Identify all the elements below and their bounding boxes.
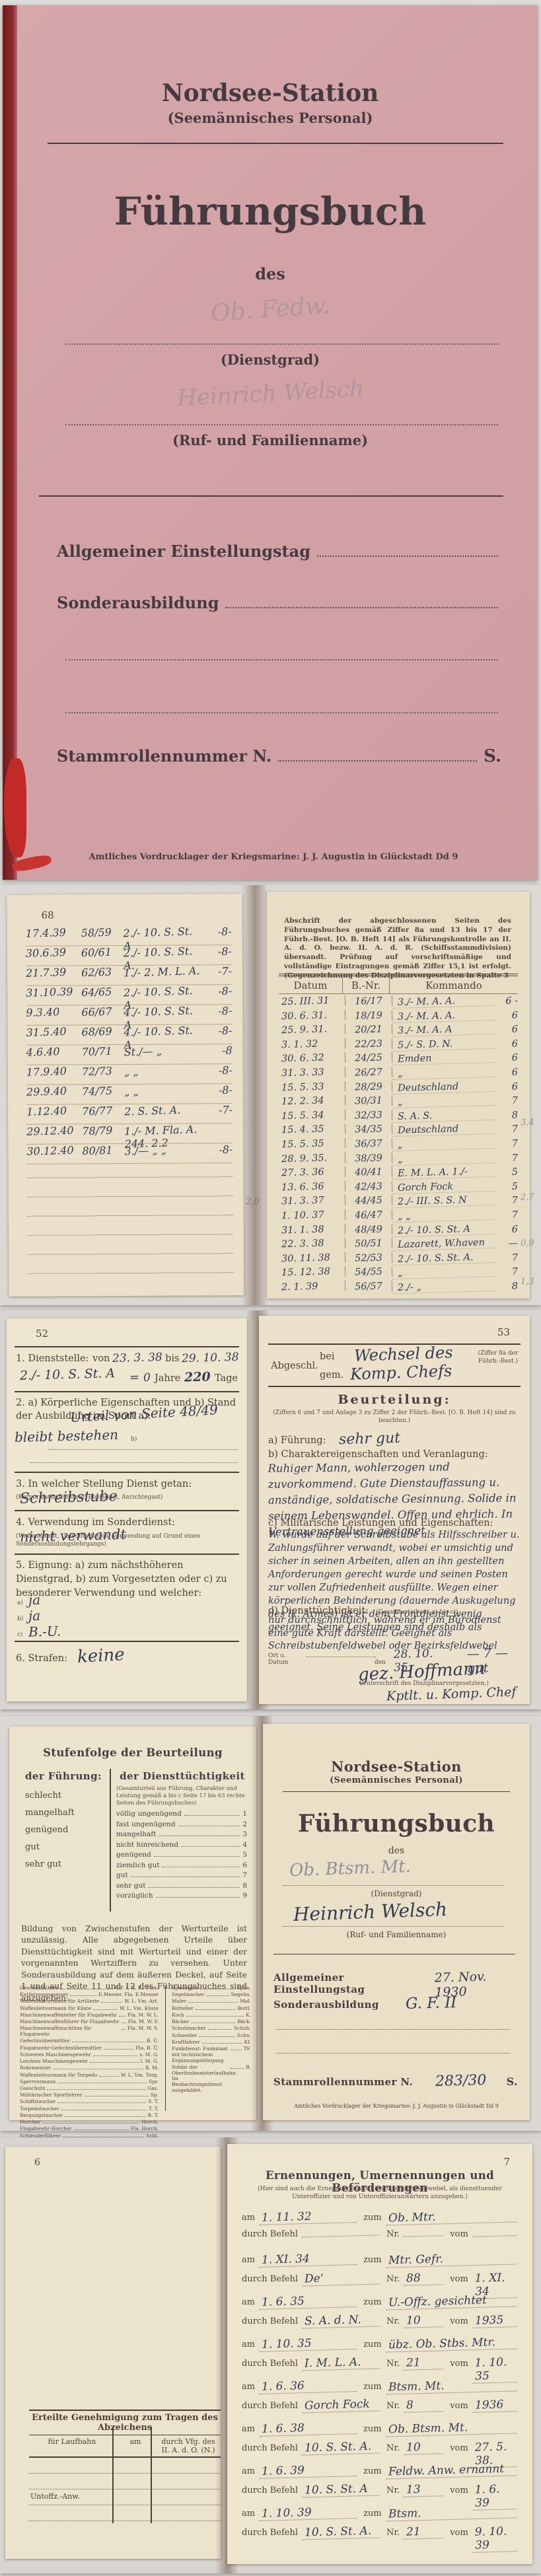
- log-grade: 6: [495, 1053, 518, 1064]
- dienst-note: (Gesamturteil aus Führung, Charakter und…: [116, 1785, 248, 1807]
- dienst-item-number: 5: [242, 1851, 247, 1859]
- abbreviation-short: B.: [246, 2065, 251, 2071]
- log-kommando: 1./- 2. M. L. A.: [124, 964, 202, 980]
- abbreviation-term: Gasschutz: [20, 2086, 45, 2092]
- dienst-item: genügend 5: [116, 1851, 247, 1861]
- log-row: 13. 6. 36 42/43 Gorch Fock 5: [279, 1182, 518, 1196]
- log-date: 9.3.40: [26, 1005, 82, 1019]
- abbreviation-term: Soldat der Oberfunkmeisterlaufbahn. Im B…: [172, 2065, 229, 2094]
- log-date: 31. 3. 33: [279, 1067, 345, 1079]
- log-bnr: 28/29: [345, 1081, 392, 1093]
- abbreviation-entry: Waffenleitvormann für Artillerie W. L. V…: [20, 1999, 159, 2005]
- log-row: 30.6.39 60/61 2./- 10. S. St. A. -8-: [26, 945, 232, 966]
- am-label: am: [242, 2382, 255, 2392]
- abbreviation-term: Schiffstaucher: [20, 2099, 55, 2105]
- dot-leader: [162, 1867, 240, 1867]
- badge-col-am: am: [115, 2435, 156, 2456]
- tage-value: 220: [184, 1369, 211, 1384]
- log-grade: 6: [495, 1038, 518, 1050]
- am-label: am: [242, 2466, 255, 2476]
- zum-value: U.-Offz. gesichtet: [385, 2293, 517, 2310]
- log-date: 1.12.40: [26, 1104, 83, 1118]
- log-grade: -8-: [201, 1005, 233, 1018]
- log-kommando: „: [392, 1066, 495, 1080]
- abbreviation-term: Waffenleitvormann für Torpedo: [20, 2073, 97, 2079]
- des-label: des: [29, 264, 511, 283]
- log-date: 2. 1. 39: [279, 1281, 345, 1293]
- log-row: 15. 5. 33 28/29 Deutschland 6: [279, 1082, 518, 1096]
- red-wax-mark: [4, 758, 26, 857]
- abbreviation-entry: Bottelier Bottl.: [172, 2006, 251, 2012]
- dot-leader: [200, 1989, 235, 1989]
- log-row: 1. 10. 37 46/47 „ „ 7: [279, 1210, 518, 1225]
- abbreviations-left: Geschützführer G.F. I, II, K., Flak. Ent…: [20, 1986, 159, 2140]
- dienst-item: völlig ungenügend 1: [116, 1810, 247, 1820]
- abbreviation-term: Bäcker: [172, 2019, 189, 2025]
- dot-leader: [85, 2096, 149, 2096]
- durch-befehl-label: durch Befehl: [242, 2528, 298, 2538]
- log-bnr: 18/19: [345, 1010, 392, 1022]
- promotion-entry: am 1. 6. 39 zum Feldw. Anw. ernannt durc…: [242, 2464, 517, 2506]
- nr-label: Nr.: [386, 2359, 400, 2369]
- log-kommando: „ „: [392, 1209, 495, 1223]
- dienst-item: vorzüglich 9: [116, 1892, 247, 1902]
- abbreviation-short: W. L. Vm. Art.: [124, 1999, 159, 2005]
- page-number: 52: [36, 1328, 48, 1340]
- stufenfolge-title: Stufenfolge der Beurteilung: [9, 1746, 256, 1759]
- log-date: 22. 3. 38: [279, 1238, 345, 1250]
- control-header-text: Abschrift der abgeschlossenen Seiten des…: [284, 917, 511, 980]
- stammrollennummer-label: Stammrollennummer N.: [57, 746, 271, 766]
- abbreviation-term: Maschinenwaffenschütze für Flugabwehr: [20, 2026, 120, 2037]
- divider-rule: [39, 495, 503, 497]
- nr-label: Nr.: [386, 2274, 400, 2284]
- dienst-item-number: 8: [242, 1882, 247, 1890]
- log-bnr: 34/35: [345, 1124, 392, 1135]
- dotted-line: [65, 424, 498, 425]
- befehl-value: I. M. L. A.: [302, 2355, 380, 2371]
- zum-label: zum: [363, 2213, 382, 2223]
- signature-rank: Kptlt. u. Komp. Chef: [386, 1685, 517, 1704]
- dot-leader: [47, 2089, 145, 2090]
- zum-value: übz. Ob. Stbs. Mtr.: [385, 2335, 517, 2352]
- durch-befehl-label: durch Befehl: [242, 2316, 298, 2326]
- abbreviation-term: Schneider: [172, 2033, 197, 2039]
- log-date: 15. 12. 38: [279, 1266, 345, 1279]
- abbreviation-term: Militärischer Sportlehrer: [20, 2093, 83, 2098]
- ort-datum-label: Ort u. Datum: [268, 1653, 306, 1666]
- log-grade: -8-: [202, 1084, 233, 1097]
- log-kommando: 3./- M. A. A: [392, 1023, 495, 1037]
- abbreviation-term: Maler: [172, 1999, 186, 2005]
- fuehrung-value: sehr gut: [338, 1430, 400, 1448]
- am-value: 1. XI. 34: [259, 2251, 357, 2268]
- dot-leader: [231, 2050, 241, 2050]
- log-grade: -8-: [201, 985, 233, 998]
- tage-label: Tage: [215, 1373, 238, 1384]
- abbreviation-term: Spielmann: [172, 1986, 198, 1991]
- dotted-line: [283, 1885, 503, 1886]
- fuehrung-column-header: der Führung:: [25, 1770, 102, 1782]
- abbreviation-short: Kf.: [244, 2040, 251, 2046]
- befehl-value: 10. S. St. A.: [302, 2439, 380, 2455]
- abbreviation-short: Fla. Horch.: [131, 2126, 159, 2132]
- log-row: 4.6.40 70/71 St./— „ -8: [26, 1044, 233, 1065]
- log-grade: 7: [495, 1267, 518, 1278]
- log-date: 15. 5. 35: [279, 1138, 345, 1151]
- badge-table-row: [29, 2458, 221, 2474]
- promotion-entry: am 1. 10. 35 zum übz. Ob. Stbs. Mtr. dur…: [242, 2337, 517, 2379]
- befehl-value: 10. S. St. A: [302, 2482, 380, 2497]
- double-rule: [279, 974, 518, 976]
- am-value: 1. 6. 38: [259, 2420, 357, 2437]
- dot-leader: [202, 2043, 242, 2044]
- book-title: Führungsbuch: [29, 189, 511, 234]
- promotion-spread-photo: 6 Erteilte Genehmigung zum Tragen des Ab…: [0, 2137, 541, 2573]
- abbreviation-entry: Maschinenwaffenführer für Flugabwehr Fla…: [20, 2019, 159, 2025]
- dotted-line: [276, 2053, 510, 2054]
- abbreviation-short: R. M.: [145, 2065, 159, 2071]
- page-number: 6: [34, 2157, 40, 2168]
- dot-leader: [188, 2002, 238, 2003]
- nr-value: 21: [404, 2355, 444, 2371]
- abbreviation-entry: Soldat der Oberfunkmeisterlaufbahn. Im B…: [172, 2065, 251, 2094]
- durch-befehl-label: durch Befehl: [242, 2486, 298, 2495]
- beurteilung-note: (Ziffern 6 und 7 und Anlage 3 zu Ziffer …: [272, 1410, 517, 1425]
- log-bnr: 78/79: [82, 1124, 125, 1137]
- page-52: 52 1. Dienststelle: von 23. 3. 38 bis 29…: [7, 1318, 247, 1701]
- abbreviation-term: Torpedotaucher: [20, 2106, 59, 2112]
- divider-rule: [283, 1791, 510, 1792]
- dienststelle-value: 2./- 10. S. St. A: [20, 1366, 116, 1383]
- log-grade: 7: [495, 1096, 518, 1107]
- von-label: von: [92, 1353, 110, 1364]
- abbreviation-entry: Flugabwehr-Horcher Fla. Horch.: [20, 2126, 159, 2132]
- am-label: am: [242, 2509, 255, 2519]
- log-grade: 7: [495, 1153, 518, 1164]
- abbreviation-term: Rohrmeister: [20, 2065, 51, 2071]
- log-row: 28. 9. 35. 38/39 „ 7: [279, 1153, 518, 1168]
- log-row: 17.4.39 58/59 2./- 10. S. St. A -8-: [26, 925, 232, 947]
- log-row: 31. 3. 33 26/27 „ 6: [279, 1067, 518, 1082]
- fuehrung-items: schlechtmangelhaftgenügendgutsehr gut: [25, 1787, 75, 1873]
- durch-befehl-label: durch Befehl: [242, 2274, 298, 2284]
- eignung-c-value: B.-U.: [28, 1623, 61, 1639]
- binding-gutter: [242, 885, 268, 1305]
- abbreviation-entry: Maler Mal.: [172, 1999, 251, 2005]
- log-grade: 8: [495, 1110, 518, 1121]
- zum-value: Mtr. Gefr.: [385, 2250, 517, 2268]
- log-row: 2. 1. 39 56/57 2./- „ 8: [279, 1281, 518, 1296]
- log-date: 30. 6. 31.: [279, 1009, 345, 1022]
- log-date: 4.6.40: [26, 1044, 82, 1059]
- log-kommando: S. A. S.: [392, 1109, 495, 1123]
- station-title: Nordsee-Station: [263, 1758, 530, 1775]
- zum-value: Ob. Btsm. Mt.: [385, 2419, 517, 2437]
- befehl-value: S. A. d. N.: [302, 2312, 380, 2328]
- nr-value: 10: [404, 2313, 444, 2328]
- col-header-datum: Datum: [279, 978, 343, 993]
- strafen-value: keine: [77, 1645, 125, 1667]
- dienst-item-label: gut: [116, 1871, 128, 1879]
- nr-value: [404, 2235, 443, 2237]
- dot-leader: [72, 2042, 145, 2042]
- abbreviation-term: Gefechtsübermittler: [20, 2038, 70, 2044]
- abbreviation-short: Horch.: [141, 2120, 159, 2126]
- am-value: 1. 6. 35: [259, 2293, 357, 2310]
- abbreviation-term: Waffenleitvormann für Artillerie: [20, 1999, 99, 2005]
- page-53: 53 Abgeschl. bei Wechsel des gem. Komp. …: [259, 1316, 530, 1704]
- log-bnr: 74/75: [82, 1084, 125, 1098]
- dot-leader: [70, 1995, 96, 1996]
- abbreviation-entry: Geschützführer G.F. I, II, K., Flak.: [20, 1986, 159, 1991]
- badge-row-label: Untoffz.-Anw.: [30, 2492, 80, 2501]
- badge-table-row: [29, 2474, 221, 2489]
- dot-leader: [57, 2102, 146, 2103]
- log-grade: 7: [495, 1124, 518, 1135]
- log-row: 25. 9. 31. 20/21 3./- M. A. A 6: [279, 1024, 518, 1039]
- log-bnr: 16/17: [345, 995, 392, 1007]
- abbreviation-term: Entfernungsmesser: [20, 1992, 68, 1998]
- column-divider: [110, 1769, 111, 1912]
- abbreviation-short: Sp.: [151, 2093, 159, 2098]
- abbreviation-entry: Maschinenwaffenleiter für Flugabwehr Fla…: [20, 2013, 159, 2019]
- vom-label: vom: [450, 2316, 468, 2326]
- log-row: 30. 6. 32 24/25 Emden 6: [279, 1053, 518, 1067]
- abbreviation-entry: Spielmann Splm.: [172, 1986, 251, 1991]
- charakter-label: b) Charaktereigenschaften und Veranlagun…: [268, 1449, 488, 1460]
- befehl-value: Gorch Fock: [302, 2397, 380, 2413]
- dot-leader: [101, 2002, 122, 2003]
- log-grade: 7: [495, 1209, 518, 1221]
- log-grade: 7: [495, 1138, 518, 1149]
- dienst-item-number: 2: [242, 1820, 247, 1828]
- dot-leader: [65, 2116, 146, 2117]
- abbreviation-entry: Flugabwehr-Gefechtsübermittler Fla. B. Ü…: [20, 2046, 159, 2052]
- eigenschaften-value2: bleibt bestehen: [15, 1427, 119, 1445]
- vom-value: 9. 10. 39: [472, 2524, 517, 2553]
- promotion-entry: am 1. XI. 34 zum Mtr. Gefr. durch Befehl…: [242, 2252, 517, 2295]
- log-bnr: 52/53: [345, 1252, 392, 1264]
- fuehrung-item: schlecht: [25, 1787, 75, 1805]
- abbreviation-term: Funkdienst: Funkmaat mit technischem Erg…: [172, 2046, 229, 2063]
- log-kommando: „: [392, 1094, 495, 1108]
- table-vertical-separator: [112, 2427, 114, 2523]
- log-date: 30.6.39: [26, 945, 82, 960]
- log-bnr: 80/81: [82, 1143, 125, 1157]
- log-bnr: 56/57: [345, 1281, 392, 1293]
- abbreviation-short: G.F. I, II, K., Flak.: [115, 1986, 159, 1991]
- durch-befehl-label: durch Befehl: [242, 2229, 298, 2239]
- abbreviation-entry: Schuhmacher Schuh.: [172, 2026, 251, 2032]
- jahre-value: 0: [143, 1371, 151, 1384]
- sonderausbildung-value: G. F. II: [406, 1994, 457, 2013]
- log-control-page: Abschrift der abgeschlossenen Seiten des…: [267, 892, 530, 1299]
- abbreviation-entry: Rohrmeister R. M.: [20, 2065, 159, 2071]
- page-number: 7: [503, 2156, 510, 2168]
- stammrollennummer-suffix: S.: [507, 2075, 518, 2088]
- log-kommando: 5./- S. D. N.: [392, 1038, 495, 1052]
- abbreviation-short: s. M. G.: [139, 2052, 159, 2058]
- abbreviation-term: Schweres Maschinengewehr: [20, 2052, 91, 2058]
- abbreviation-short: E.Messer, Fla. E.Messer: [98, 1992, 159, 1998]
- log-row: 31.10.39 64/65 2./- 10. S. St. A. -8-: [26, 985, 232, 1006]
- dienst-item-number: 7: [242, 1871, 247, 1879]
- promotion-entry: am 1. 6. 35 zum U.-Offz. gesichtet durch…: [242, 2295, 517, 2337]
- einstellungstag-label: Allgemeiner Einstellungstag: [273, 1972, 425, 1995]
- log-row: 31.5.40 68/69 4./- 10. S. St. A -8-: [26, 1024, 232, 1046]
- badge-col-vfg: durch Vfg. des II. A. d. O. (N.): [156, 2435, 221, 2456]
- des-label: des: [263, 1845, 530, 1856]
- dot-leader: [186, 2016, 244, 2017]
- log-bnr: 38/39: [345, 1153, 392, 1164]
- dienst-item-number: 4: [242, 1841, 247, 1849]
- dot-leader: [60, 1989, 113, 1989]
- log-date: 29.9.40: [26, 1084, 83, 1098]
- eignung-a-value: ja: [28, 1592, 41, 1608]
- log-row: 31. 3. 37 44/45 2./- III. S. S. N 7: [279, 1196, 518, 1210]
- log-kommando: Gorch Fock: [392, 1180, 495, 1194]
- log-kommando: Deutschland: [392, 1081, 495, 1094]
- dienst-item: gut 7: [116, 1871, 247, 1882]
- scanned-document-stack: Nordsee-Station (Seemännisches Personal)…: [0, 0, 541, 2576]
- log-grade: 6: [495, 1067, 518, 1079]
- abbreviation-short: Schuh.: [234, 2026, 251, 2032]
- log-row: 15. 5. 35 36/37 „ 7: [279, 1139, 518, 1153]
- dotted-fill: [317, 555, 498, 557]
- promotion-entry: am 1. 6. 36 zum Btsm. Mt. durch Befehl G…: [242, 2379, 517, 2421]
- badge-table-row: Untoffz.-Anw.: [29, 2489, 221, 2505]
- abbreviation-entry: Bergungstaucher B. T.: [20, 2113, 159, 2119]
- abbreviation-short: B. Ü.: [147, 2038, 159, 2044]
- page-7: 7 Ernennungen, Umernennungen und Beförde…: [227, 2144, 532, 2564]
- abbreviation-entry: Gefechtsübermittler B. Ü.: [20, 2038, 159, 2044]
- pencil-margin-note: 3,4: [521, 1118, 540, 1128]
- pencil-margin-note: 2,7: [521, 1192, 540, 1203]
- fuehrung-item: genügend: [25, 1822, 75, 1839]
- col-header-bnr: B.-Nr.: [343, 978, 390, 993]
- am-value: 1. 10. 35: [259, 2336, 357, 2352]
- promotions-note: (Hier sind auch die Ernennungen als dien…: [243, 2185, 517, 2201]
- log-kommando: 3./- M. A. A.: [392, 995, 495, 1009]
- station-title: Nordsee-Station: [29, 79, 511, 107]
- abbreviation-short: Mal.: [240, 1999, 251, 2005]
- log-date: 31.10.39: [26, 985, 82, 999]
- dienststelle-label: 1. Dienststelle:: [16, 1353, 89, 1364]
- abbreviation-short: Bottl.: [237, 2006, 251, 2012]
- abbreviation-term: Bergungstaucher: [20, 2113, 63, 2119]
- abbreviation-entry: Segelmacher Segelm.: [172, 1992, 251, 1998]
- log-date: 30.12.40: [26, 1143, 83, 1158]
- log-grade: 8: [495, 1281, 518, 1292]
- log-bnr: 50/51: [345, 1238, 392, 1250]
- promotion-entries: am 1. 11. 32 zum Ob. Mtr. durch Befehl N…: [242, 2210, 517, 2548]
- am-value: 1. 6. 39: [259, 2462, 357, 2479]
- log-date: 21.7.39: [26, 965, 82, 980]
- pencil-margin-note: 0,9: [521, 1238, 540, 1249]
- am-value: 1. 6. 36: [259, 2378, 357, 2394]
- dot-leader: [93, 2056, 138, 2056]
- abbreviation-short: Fla. M. W. L.: [127, 2013, 159, 2019]
- log-date: 17.9.40: [26, 1064, 83, 1079]
- eignung-b-label: b): [17, 1616, 23, 1622]
- dot-leader: [74, 2129, 129, 2130]
- log-grade: -8-: [201, 945, 233, 958]
- vom-label: vom: [450, 2229, 468, 2239]
- book-title: Führungsbuch: [263, 1810, 530, 1838]
- nr-label: Nr.: [386, 2229, 400, 2239]
- log-row: 30. 6. 31. 18/19 3./- M. A. A. 6: [279, 1011, 518, 1025]
- bis-label: bis: [165, 1353, 179, 1364]
- vom-label: vom: [450, 2274, 468, 2284]
- dienst-item-label: fast ungenügend: [116, 1820, 176, 1828]
- log-row: 1.12.40 76/77 2. S. St. A. -7-: [26, 1104, 233, 1125]
- name-label: (Ruf- und Familienname): [29, 432, 511, 448]
- dienst-item-number: 1: [242, 1810, 247, 1818]
- rule: [15, 1641, 239, 1642]
- inner-title-page: Nordsee-Station (Seemännisches Personal)…: [263, 1724, 530, 2120]
- log-grade: 6: [495, 1024, 518, 1036]
- abbreviation-entry: Schneider Schn.: [172, 2033, 251, 2039]
- log-bnr: 44/45: [345, 1195, 392, 1207]
- log-grade: 5: [495, 1167, 518, 1178]
- vom-label: vom: [450, 2528, 468, 2538]
- abbreviation-term: Bottelier: [172, 2006, 194, 2012]
- rule: [15, 1554, 239, 1555]
- abgeschl-label: Abgeschl.: [271, 1361, 318, 1371]
- page-number: 68: [42, 910, 54, 921]
- dienst-item-label: nicht hinreichend: [116, 1841, 178, 1849]
- dotted-line: [65, 343, 498, 345]
- zum-label: zum: [363, 2297, 382, 2307]
- abbreviation-short: Splm.: [236, 1986, 251, 1991]
- log-bnr: 36/37: [345, 1138, 392, 1150]
- beurteilung-title: Beurteilung:: [259, 1392, 530, 1407]
- log-kommando: „: [392, 1151, 495, 1165]
- abbreviation-term: Koch: [172, 2013, 184, 2019]
- log-date: 15. 4. 35: [279, 1124, 345, 1136]
- log-grade: -8-: [202, 1143, 233, 1157]
- nr-label: Nr.: [386, 2528, 400, 2538]
- rule: [15, 1510, 239, 1511]
- badge-table-row: [29, 2505, 221, 2521]
- eignung-a-label: a): [17, 1600, 23, 1606]
- sonderdienst-label: 4. Verwendung im Sonderdienst:: [16, 1517, 175, 1528]
- dot-leader: [199, 2036, 235, 2037]
- page-68: 68 17.4.39 58/59 2./- 10. S. St. A -8- 3…: [7, 894, 244, 1297]
- station-subtitle: (Seemännisches Personal): [263, 1775, 530, 1785]
- zum-value: Feldw. Anw. ernannt: [385, 2462, 517, 2479]
- strafen-label: 6. Strafen:: [16, 1653, 67, 1664]
- log-bnr: 40/41: [345, 1166, 392, 1178]
- abbreviation-short: TF.: [244, 2046, 251, 2052]
- name-handwriting: Heinrich Welsch: [176, 376, 365, 412]
- dotted-line: [30, 1462, 238, 1463]
- log-bnr: 54/55: [345, 1266, 392, 1278]
- log-date: 31. 3. 37: [279, 1195, 345, 1207]
- log-kommando: St./— „: [124, 1044, 202, 1059]
- zum-value: Btsm. Mt.: [385, 2377, 517, 2394]
- abbreviation-term: Schuhmacher: [172, 2026, 206, 2032]
- log-row: 15. 12. 38 54/55 „ 7: [279, 1267, 518, 1281]
- book-spine: [3, 5, 17, 880]
- abbreviation-entry: Waffenleitvormann für Küste W. L. Vm. Kü…: [20, 2006, 159, 2012]
- abbreviation-entry: Kraftfahrer Kf.: [172, 2040, 251, 2046]
- log-row: 15. 4. 35 34/35 Deutschland 7: [279, 1124, 518, 1139]
- log-row: 25. III. 31 16/17 3./- M. A. A. 6 -: [279, 996, 518, 1011]
- nr-value: 8: [404, 2398, 444, 2413]
- dot-leader: [104, 2049, 134, 2050]
